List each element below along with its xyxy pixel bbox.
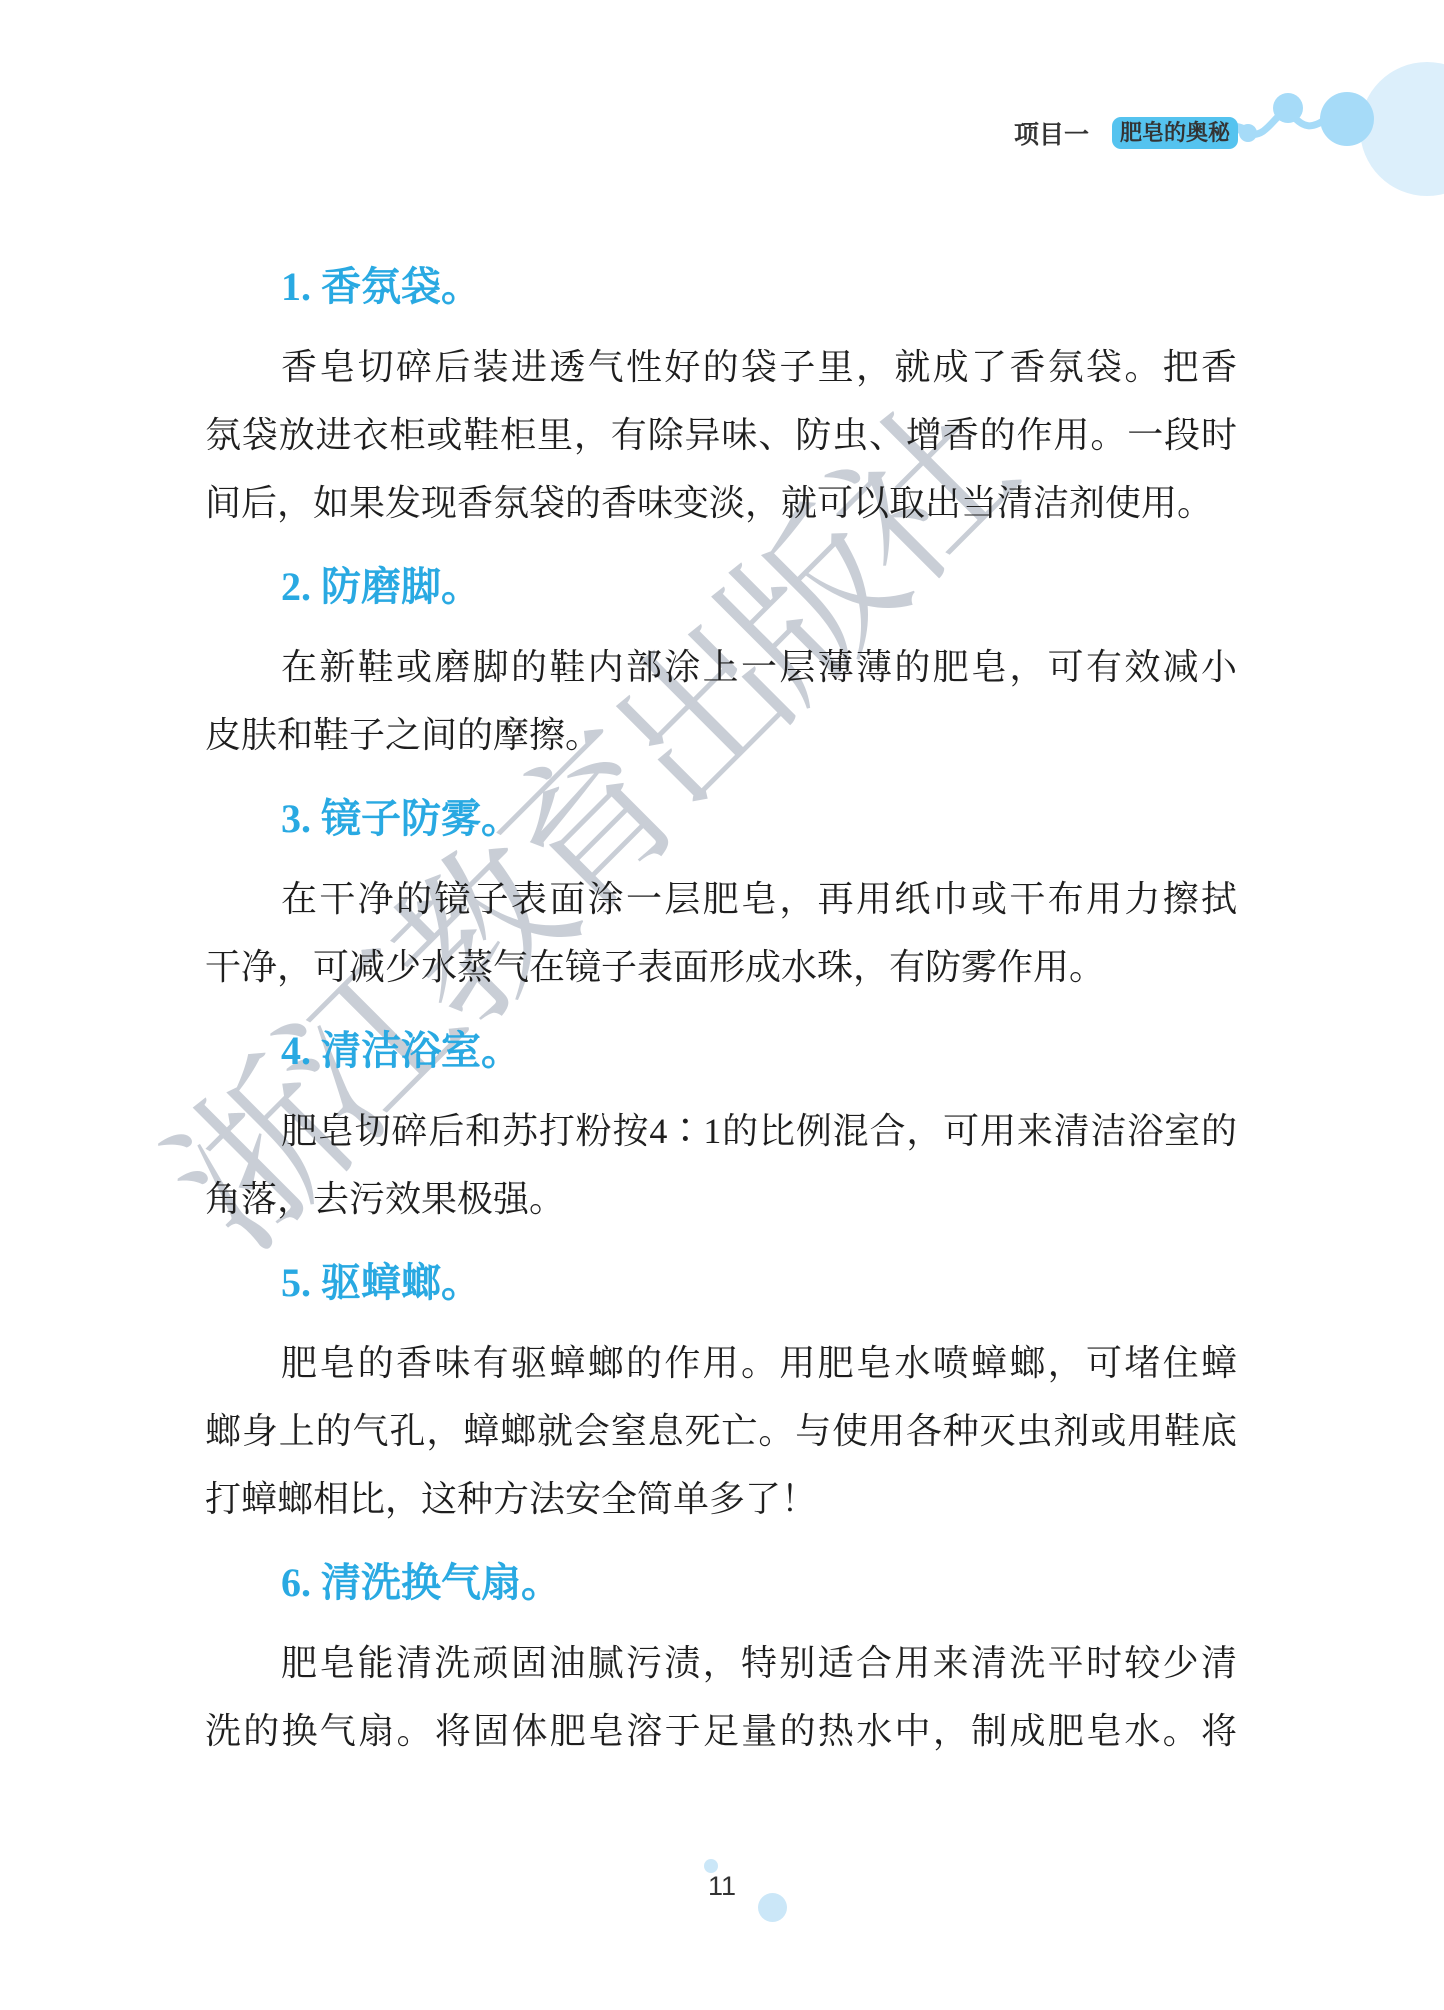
section-heading-5: 5. 驱蟑螂。 [205, 1263, 1237, 1303]
body-line: 螂身上的气孔，蟑螂就会窒息死亡。与使用各种灭虫剂或用鞋底 [205, 1397, 1237, 1465]
body-line: 肥皂切碎后和苏打粉按4∶1的比例混合，可用来清洁浴室的 [205, 1097, 1237, 1165]
body-line: 在新鞋或磨脚的鞋内部涂上一层薄薄的肥皂，可有效减小 [205, 633, 1237, 701]
section-heading-1: 1. 香氛袋。 [205, 267, 1237, 307]
bubble-big-icon [1320, 92, 1374, 146]
chapter-title-badge: 肥皂的奥秘 [1112, 117, 1238, 149]
bubble-chain-decoration [1230, 40, 1444, 220]
body-line: 香皂切碎后装进透气性好的袋子里，就成了香氛袋。把香 [205, 333, 1237, 401]
section-heading-4: 4. 清洁浴室。 [205, 1031, 1237, 1071]
bubble-medium-icon [1273, 93, 1303, 123]
paragraph-5: 肥皂的香味有驱蟑螂的作用。用肥皂水喷蟑螂，可堵住蟑螂身上的气孔，蟑螂就会窒息死亡… [205, 1329, 1237, 1533]
body-line: 在干净的镜子表面涂一层肥皂，再用纸巾或干布用力擦拭 [205, 865, 1237, 933]
paragraph-2: 在新鞋或磨脚的鞋内部涂上一层薄薄的肥皂，可有效减小皮肤和鞋子之间的摩擦。 [205, 633, 1237, 769]
body-line: 干净，可减少水蒸气在镜子表面形成水珠，有防雾作用。 [205, 933, 1237, 1001]
section-heading-3: 3. 镜子防雾。 [205, 799, 1237, 839]
body-line: 角落，去污效果极强。 [205, 1165, 1237, 1233]
paragraph-4: 肥皂切碎后和苏打粉按4∶1的比例混合，可用来清洁浴室的角落，去污效果极强。 [205, 1097, 1237, 1233]
body-line: 打蟑螂相比，这种方法安全简单多了！ [205, 1465, 1237, 1533]
bubble-large-icon [1360, 62, 1444, 196]
section-heading-2: 2. 防磨脚。 [205, 567, 1237, 607]
bubble-small-icon [1239, 124, 1257, 142]
body-line: 肥皂能清洗顽固油腻污渍，特别适合用来清洗平时较少清 [205, 1629, 1237, 1697]
page-content: 1. 香氛袋。香皂切碎后装进透气性好的袋子里，就成了香氛袋。把香氛袋放进衣柜或鞋… [205, 237, 1237, 1765]
body-line: 皮肤和鞋子之间的摩擦。 [205, 701, 1237, 769]
paragraph-6: 肥皂能清洗顽固油腻污渍，特别适合用来清洗平时较少清洗的换气扇。将固体肥皂溶于足量… [205, 1629, 1237, 1765]
body-line: 洗的换气扇。将固体肥皂溶于足量的热水中，制成肥皂水。将 [205, 1697, 1237, 1765]
paragraph-1: 香皂切碎后装进透气性好的袋子里，就成了香氛袋。把香氛袋放进衣柜或鞋柜里，有除异味… [205, 333, 1237, 537]
footer-dot-large-icon [758, 1893, 787, 1922]
section-heading-6: 6. 清洗换气扇。 [205, 1563, 1237, 1603]
body-line: 氛袋放进衣柜或鞋柜里，有除异味、防虫、增香的作用。一段时 [205, 401, 1237, 469]
paragraph-3: 在干净的镜子表面涂一层肥皂，再用纸巾或干布用力擦拭干净，可减少水蒸气在镜子表面形… [205, 865, 1237, 1001]
body-line: 间后，如果发现香氛袋的香味变淡，就可以取出当清洁剂使用。 [205, 469, 1237, 537]
body-line: 肥皂的香味有驱蟑螂的作用。用肥皂水喷蟑螂，可堵住蟑 [205, 1329, 1237, 1397]
page-number: 11 [700, 1871, 744, 1901]
chapter-label: 项目一 [1014, 120, 1089, 150]
